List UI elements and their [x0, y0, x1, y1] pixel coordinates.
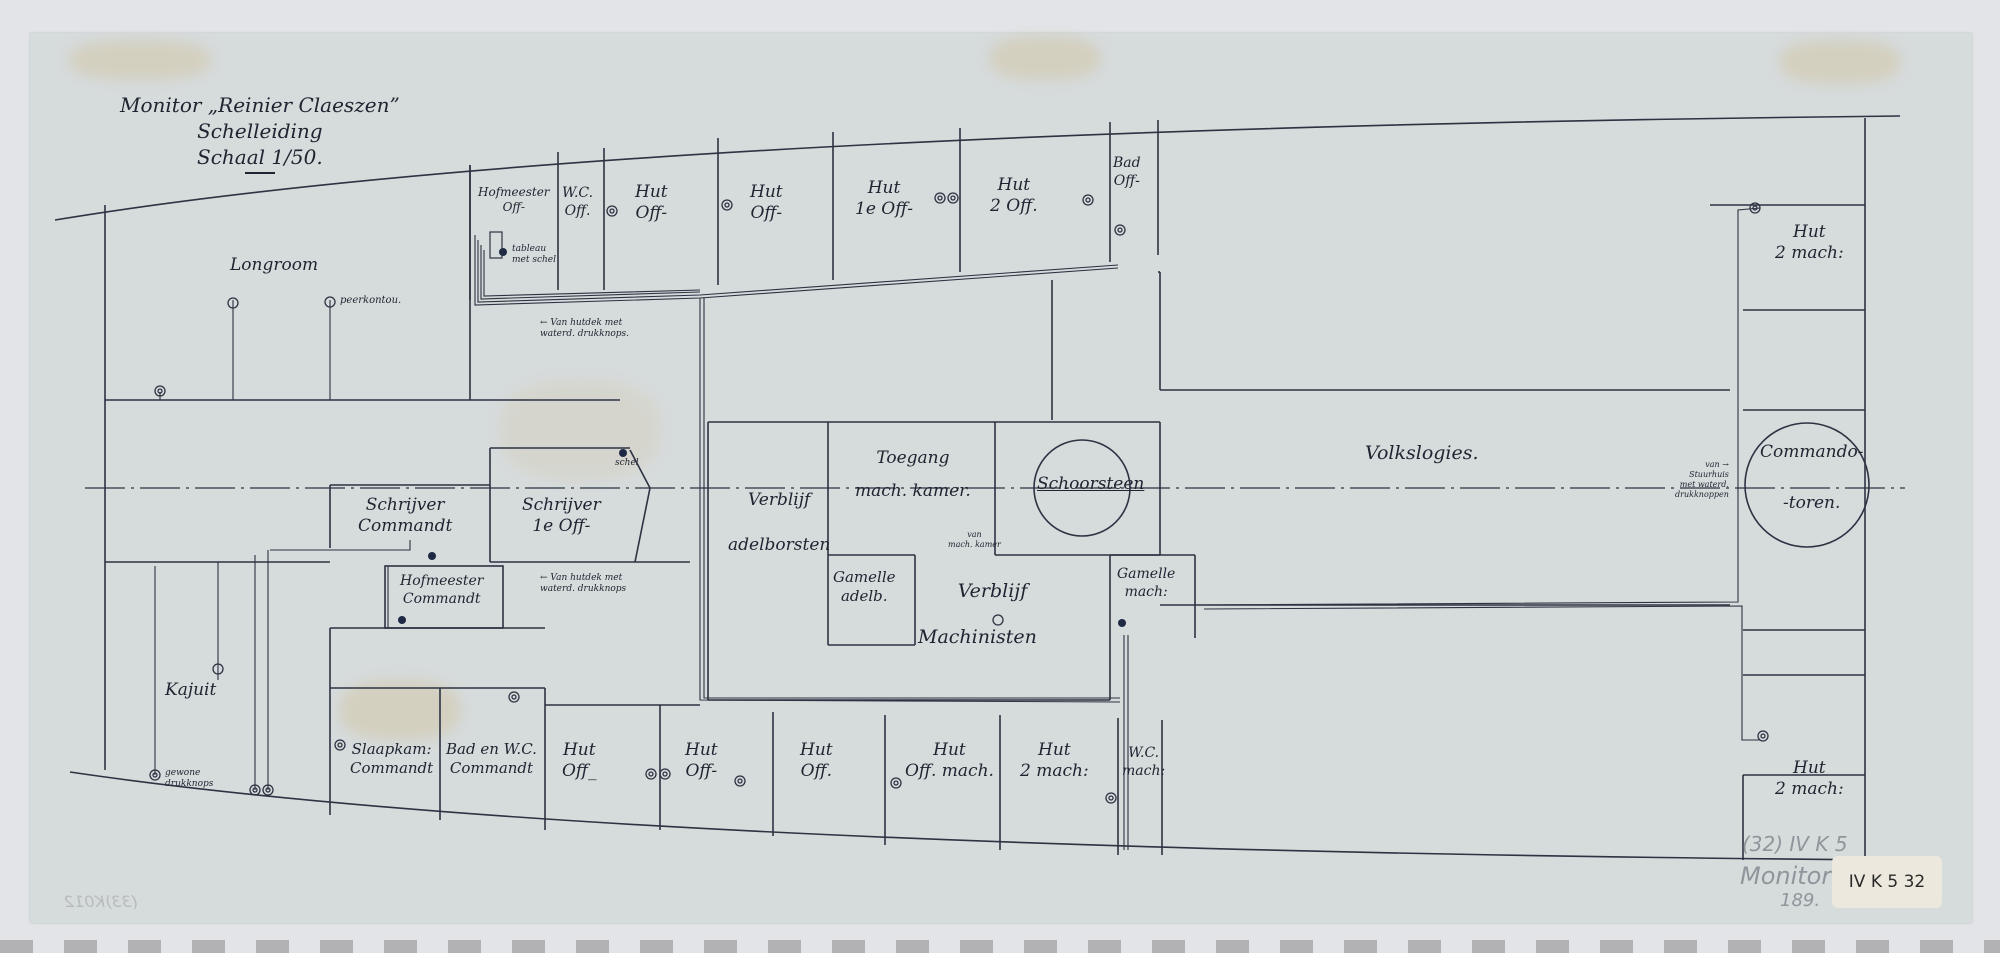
- annotation-van-hutdek-1: ← Van hutdek metwaterd. drukknops.: [540, 318, 629, 341]
- room-hut-off-2: HutOff-: [750, 182, 783, 225]
- room-gamelle-mach: Gamellemach:: [1117, 566, 1175, 601]
- room-wc-off: W.C.Off.: [562, 185, 593, 220]
- drawing-title: Monitor „Reinier Claeszen” Schelleiding …: [120, 92, 400, 174]
- room-hofmeester-off: HofmeesterOff-: [478, 185, 550, 215]
- room-toegang-mach-kamer: Toegangmach. kamer.: [855, 448, 971, 503]
- archive-label-tag: IV K 5 32: [1832, 856, 1942, 908]
- room-bottom-wc-mach: W.C.mach:: [1122, 745, 1165, 780]
- pencil-reference: (32) IV K 5: [1742, 832, 1848, 856]
- room-verblijf-adelborsten: Verblijfadelborsten: [728, 490, 830, 557]
- room-volkslogies: Volkslogies.: [1365, 442, 1479, 466]
- title-line-2: Schelleiding: [120, 118, 400, 144]
- room-kajuit: Kajuit: [165, 680, 216, 701]
- title-line-1: Monitor „Reinier Claeszen”: [120, 92, 400, 118]
- annotation-peerkontou: peerkontou.: [340, 295, 401, 308]
- room-longroom: Longroom: [230, 255, 318, 276]
- room-hut-off-1: HutOff-: [635, 182, 668, 225]
- room-slaapkamer-commandant: Slaapkam:Commandt: [350, 740, 433, 778]
- room-verblijf-machinisten: VerblijfMachinisten: [948, 580, 1037, 650]
- title-underline: [245, 172, 275, 174]
- scan-footer-strip: [0, 940, 2000, 953]
- hull-outline-bottom: [70, 772, 1900, 860]
- room-gamelle-adelb: Gamelleadelb.: [833, 568, 896, 606]
- annotation-van-stuurhuis: van →Stuurhuismet waterd.drukknoppen: [1675, 460, 1729, 500]
- room-hut-2-off: Hut2 Off.: [990, 175, 1038, 218]
- room-schoorsteen: Schoorsteen: [1037, 474, 1144, 495]
- inventory-stamp: (33)K012: [64, 892, 138, 911]
- room-hut-2-mach-top: Hut2 mach:: [1775, 222, 1844, 265]
- annotation-gewone-drukknops: gewonedrukknops: [165, 768, 213, 791]
- annotation-tableau: tableaumet schel: [512, 244, 556, 267]
- annotation-schel: schel: [615, 458, 639, 469]
- room-commandotoren: Commando--toren.: [1760, 442, 1863, 515]
- room-bottom-hut-4: HutOff. mach.: [905, 740, 994, 783]
- pencil-year: 189.: [1780, 890, 1820, 911]
- title-line-3: Schaal 1/50.: [120, 144, 400, 170]
- room-hut-1e-off: Hut1e Off-: [855, 178, 913, 221]
- room-bottom-hut-2: HutOff-: [685, 740, 718, 783]
- room-schrijver-commandant: SchrijverCommandt: [358, 495, 452, 538]
- room-bad-off: BadOff-: [1113, 155, 1141, 190]
- annotation-van-mach-kamer: vanmach. kamer: [948, 530, 1001, 550]
- annotation-van-hutdek-2: ← Van hutdek metwaterd. drukknops: [540, 573, 626, 596]
- room-hofmeester-commandant: HofmeesterCommandt: [400, 573, 483, 608]
- room-hut-2-mach-bottom: Hut2 mach:: [1775, 758, 1844, 801]
- room-bad-wc-commandant: Bad en W.C.Commandt: [446, 740, 537, 778]
- room-bottom-hut-1: HutOff_: [562, 740, 596, 783]
- room-bottom-hut-3: HutOff.: [800, 740, 833, 783]
- room-schrijver-1e-off: Schrijver1e Off-: [522, 495, 601, 538]
- room-bottom-hut-5: Hut2 mach:: [1020, 740, 1089, 783]
